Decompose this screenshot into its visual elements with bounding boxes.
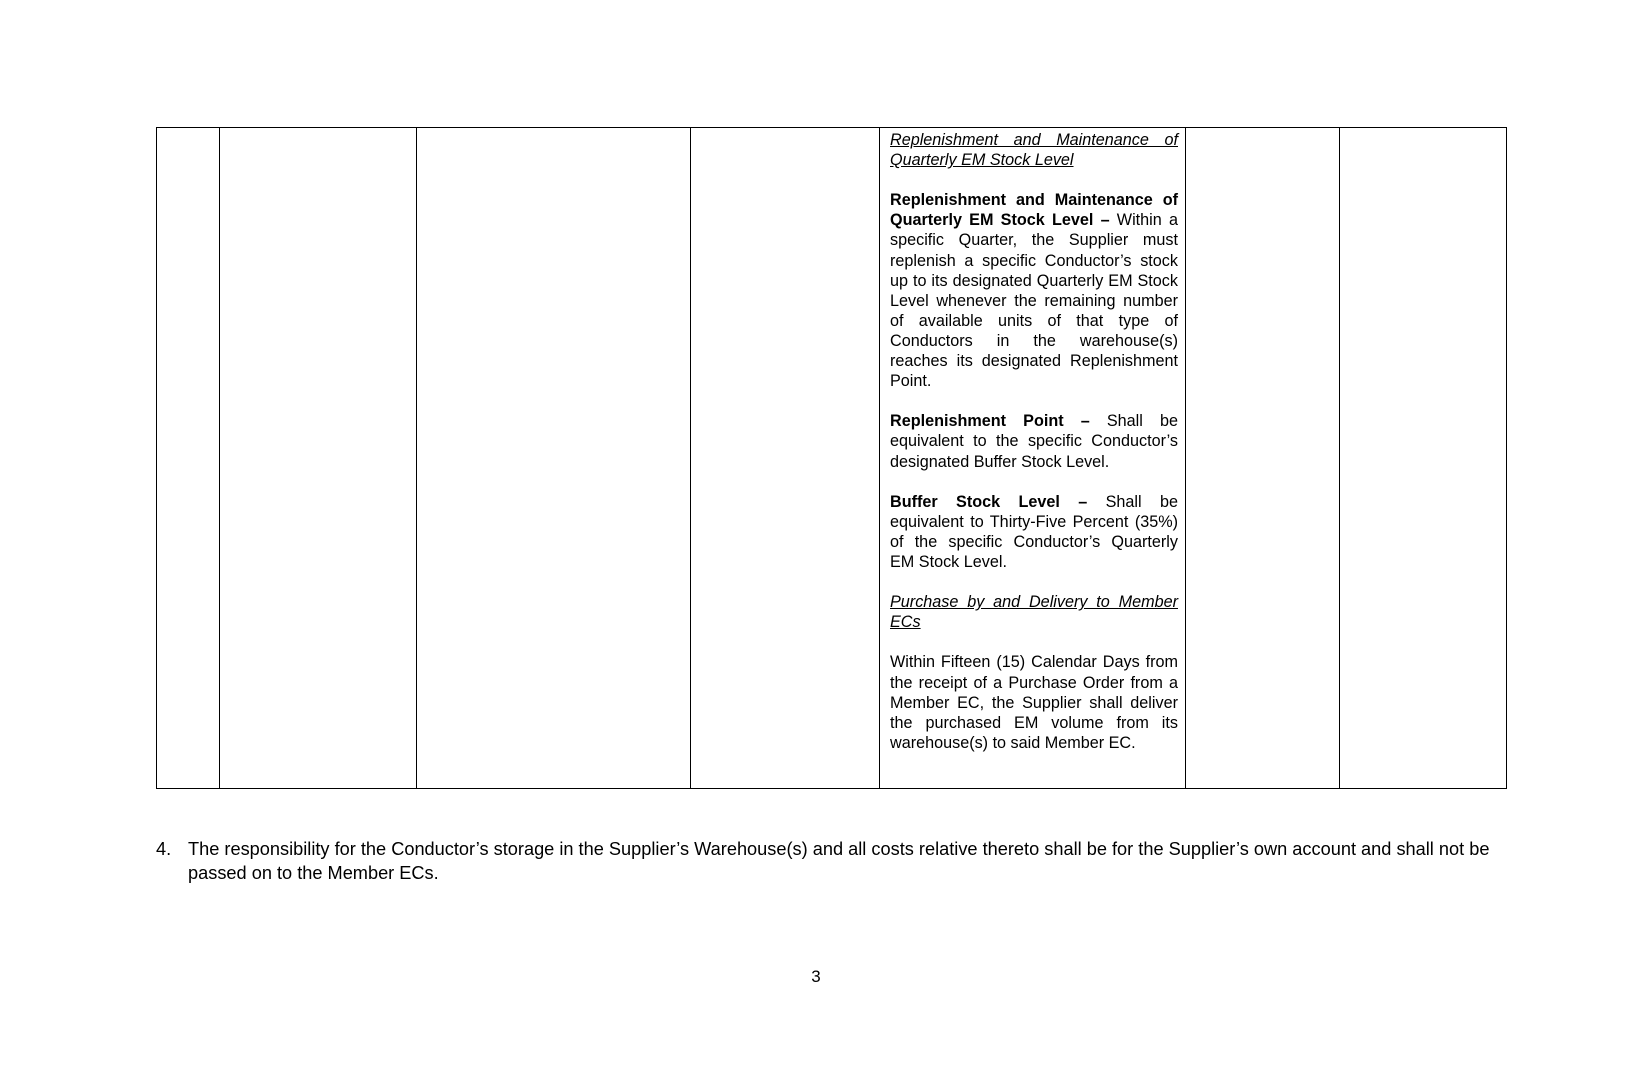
paragraph-number: 4. <box>156 837 171 861</box>
term: Buffer Stock Level – <box>890 493 1087 511</box>
column-divider <box>1185 128 1186 788</box>
column-divider <box>1339 128 1340 788</box>
page-number: 3 <box>0 967 1632 987</box>
term: Replenishment Point – <box>890 412 1090 430</box>
column-divider <box>690 128 691 788</box>
specification-cell: Replenishment and Maintenance of Quarter… <box>890 128 1178 753</box>
definition-buffer-stock-level: Buffer Stock Level – Shall be equivalent… <box>890 492 1178 572</box>
definition-replenishment-maintenance: Replenishment and Maintenance of Quarter… <box>890 190 1178 391</box>
column-divider <box>416 128 417 788</box>
paragraph-text: The responsibility for the Conductor’s s… <box>188 837 1508 885</box>
specifications-table: Replenishment and Maintenance of Quarter… <box>156 127 1507 789</box>
definition-text: Within a specific Quarter, the Supplier … <box>890 211 1178 390</box>
section-heading-purchase-delivery: Purchase by and Delivery to Member ECs <box>890 592 1178 632</box>
column-divider <box>879 128 880 788</box>
numbered-paragraph: 4. The responsibility for the Conductor’… <box>156 837 1508 885</box>
column-divider <box>219 128 220 788</box>
delivery-terms: Within Fifteen (15) Calendar Days from t… <box>890 652 1178 752</box>
definition-replenishment-point: Replenishment Point – Shall be equivalen… <box>890 411 1178 471</box>
section-heading-replenishment: Replenishment and Maintenance of Quarter… <box>890 130 1178 170</box>
